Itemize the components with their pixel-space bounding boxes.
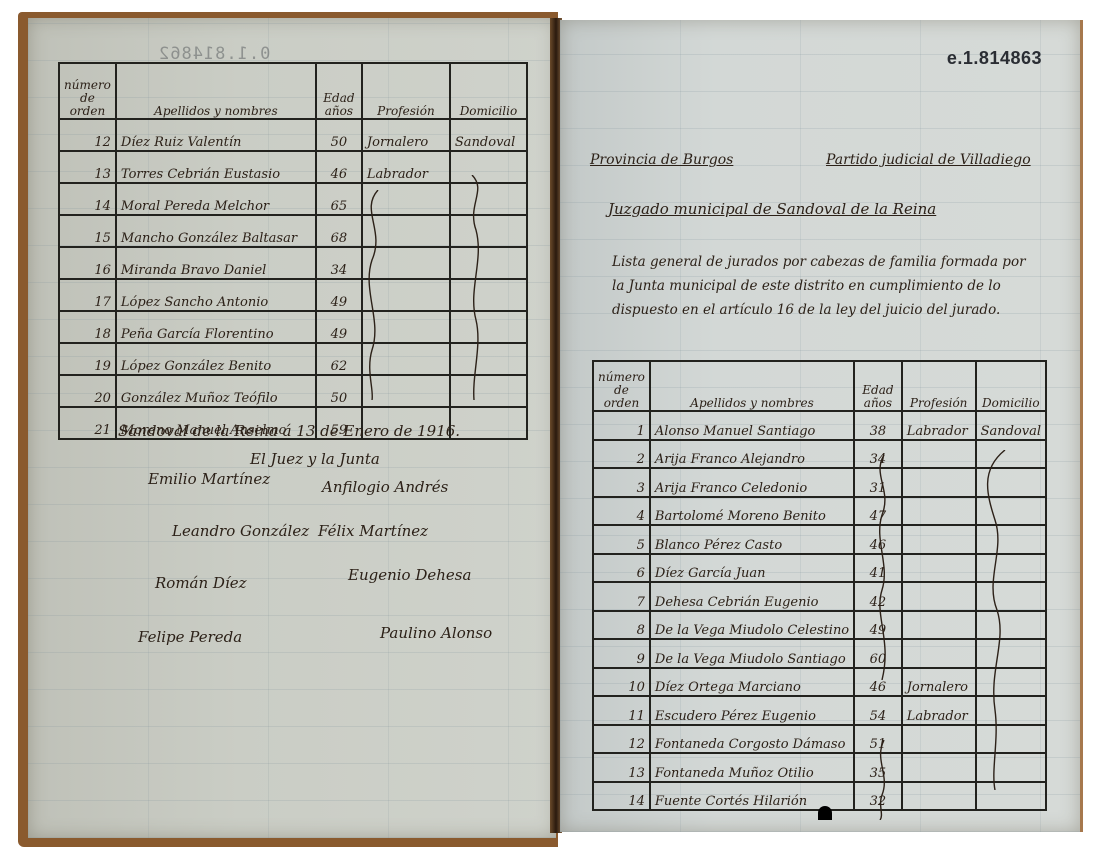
person-name: Torres Cebrián Eustasio [116, 151, 316, 183]
age: 65 [316, 183, 362, 215]
closing-place-date: Sandoval de la Reina á 13 de Enero de 19… [118, 422, 460, 440]
court-heading: Juzgado municipal de Sandoval de la Rein… [608, 200, 936, 218]
person-name: Fontaneda Muñoz Otilio [650, 753, 854, 782]
header-order-number: número de orden [59, 63, 116, 119]
ditto-mark-domicile-right [975, 450, 1015, 790]
order-number: 9 [593, 639, 650, 668]
person-name: Mancho González Baltasar [116, 215, 316, 247]
header-name: Apellidos y nombres [650, 361, 854, 411]
age: 49 [316, 279, 362, 311]
ditto-mark-profession-right-2 [872, 740, 894, 820]
person-name: Alonso Manuel Santiago [650, 411, 854, 440]
profession: Labrador [902, 696, 976, 725]
signature: Eugenio Dehesa [348, 566, 471, 584]
order-number: 5 [593, 525, 650, 554]
order-number: 14 [593, 782, 650, 811]
person-name: De la Vega Miudolo Celestino [650, 611, 854, 640]
signature: Felipe Pereda [138, 628, 242, 646]
order-number: 1 [593, 411, 650, 440]
person-name: Arija Franco Alejandro [650, 440, 854, 469]
age: 68 [316, 215, 362, 247]
person-name: Blanco Pérez Casto [650, 525, 854, 554]
ledger-book: 0.1.814862 e.1.814863 número de orden Ap… [0, 0, 1100, 863]
person-name: González Muñoz Teófilo [116, 375, 316, 407]
left-ledger-table: número de orden Apellidos y nombres Edad… [58, 62, 528, 440]
person-name: Díez Ortega Marciano [650, 668, 854, 697]
order-number: 14 [59, 183, 116, 215]
order-number: 7 [593, 582, 650, 611]
header-profession: Profesión [902, 361, 976, 411]
person-name: Escudero Pérez Eugenio [650, 696, 854, 725]
list-description: Lista general de jurados por cabezas de … [612, 250, 1042, 322]
order-number: 2 [593, 440, 650, 469]
profession [902, 782, 976, 811]
order-number: 10 [593, 668, 650, 697]
ditto-mark-domicile-left [462, 175, 492, 400]
age: 62 [316, 343, 362, 375]
order-number: 6 [593, 554, 650, 583]
profession: Jornalero [362, 119, 450, 151]
order-number: 19 [59, 343, 116, 375]
order-number: 4 [593, 497, 650, 526]
profession [902, 525, 976, 554]
age: 34 [316, 247, 362, 279]
closing-judge-junta: El Juez y la Junta [250, 450, 380, 468]
table-row: 20González Muñoz Teófilo50 [59, 375, 527, 407]
profession [902, 753, 976, 782]
order-number: 15 [59, 215, 116, 247]
profession [902, 582, 976, 611]
person-name: Díez Ruiz Valentín [116, 119, 316, 151]
person-name: Moral Pereda Melchor [116, 183, 316, 215]
order-number: 21 [59, 407, 116, 439]
order-number: 13 [59, 151, 116, 183]
person-name: Bartolomé Moreno Benito [650, 497, 854, 526]
person-name: López Sancho Antonio [116, 279, 316, 311]
profession [902, 468, 976, 497]
person-name: Arija Franco Celedonio [650, 468, 854, 497]
domicile [450, 407, 527, 439]
profession: Labrador [362, 151, 450, 183]
signature: Paulino Alonso [380, 624, 492, 642]
header-name: Apellidos y nombres [116, 63, 316, 119]
person-name: Peña García Florentino [116, 311, 316, 343]
signature: Román Díez [155, 574, 247, 592]
ditto-mark-profession-right-1 [870, 455, 896, 680]
person-name: López González Benito [116, 343, 316, 375]
person-name: Dehesa Cebrián Eugenio [650, 582, 854, 611]
age: 38 [854, 411, 902, 440]
profession [902, 639, 976, 668]
signature: Leandro González [172, 522, 309, 540]
province-heading: Provincia de Burgos [590, 152, 733, 168]
binding-hole [818, 806, 832, 820]
signature: Emilio Martínez [148, 470, 270, 488]
profession: Jornalero [902, 668, 976, 697]
order-number: 16 [59, 247, 116, 279]
person-name: Fontaneda Corgosto Dámaso [650, 725, 854, 754]
judicial-district-heading: Partido judicial de Villadiego [826, 152, 1031, 168]
profession [902, 497, 976, 526]
age: 50 [316, 119, 362, 151]
table-row: 17López Sancho Antonio49 [59, 279, 527, 311]
profession: Labrador [902, 411, 976, 440]
order-number: 13 [593, 753, 650, 782]
person-name: Díez García Juan [650, 554, 854, 583]
table-row: 13Torres Cebrián Eustasio46Labrador [59, 151, 527, 183]
domicile: Sandoval [450, 119, 527, 151]
profession [902, 440, 976, 469]
table-row: 12Díez Ruiz Valentín50JornaleroSandoval [59, 119, 527, 151]
order-number: 12 [593, 725, 650, 754]
profession [902, 611, 976, 640]
table-row: 15Mancho González Baltasar68 [59, 215, 527, 247]
table-header-row: número de orden Apellidos y nombres Edad… [593, 361, 1046, 411]
profession [902, 725, 976, 754]
table-row: 18Peña García Florentino49 [59, 311, 527, 343]
person-name: Miranda Bravo Daniel [116, 247, 316, 279]
table-row: 16Miranda Bravo Daniel34 [59, 247, 527, 279]
age: 46 [316, 151, 362, 183]
order-number: 20 [59, 375, 116, 407]
table-row: 19López González Benito62 [59, 343, 527, 375]
order-number: 17 [59, 279, 116, 311]
order-number: 8 [593, 611, 650, 640]
header-domicile: Domicilio [450, 63, 527, 119]
age: 54 [854, 696, 902, 725]
order-number: 12 [59, 119, 116, 151]
header-order-number: número de orden [593, 361, 650, 411]
order-number: 3 [593, 468, 650, 497]
domicile: Sandoval [976, 411, 1046, 440]
order-number: 18 [59, 311, 116, 343]
reference-number: e.1.814863 [947, 48, 1042, 69]
table-header-row: número de orden Apellidos y nombres Edad… [59, 63, 527, 119]
person-name: De la Vega Miudolo Santiago [650, 639, 854, 668]
table-row: 1Alonso Manuel Santiago38LabradorSandova… [593, 411, 1046, 440]
signature: Anfilogio Andrés [322, 478, 448, 496]
header-age: Edad años [316, 63, 362, 119]
header-profession: Profesión [362, 63, 450, 119]
table-row: 14Moral Pereda Melchor65 [59, 183, 527, 215]
order-number: 11 [593, 696, 650, 725]
faded-stamp: 0.1.814862 [158, 44, 270, 64]
age: 49 [316, 311, 362, 343]
signature: Félix Martínez [318, 522, 428, 540]
age: 50 [316, 375, 362, 407]
header-age: Edad años [854, 361, 902, 411]
ditto-mark-profession-left [360, 190, 390, 400]
header-domicile: Domicilio [976, 361, 1046, 411]
profession [902, 554, 976, 583]
